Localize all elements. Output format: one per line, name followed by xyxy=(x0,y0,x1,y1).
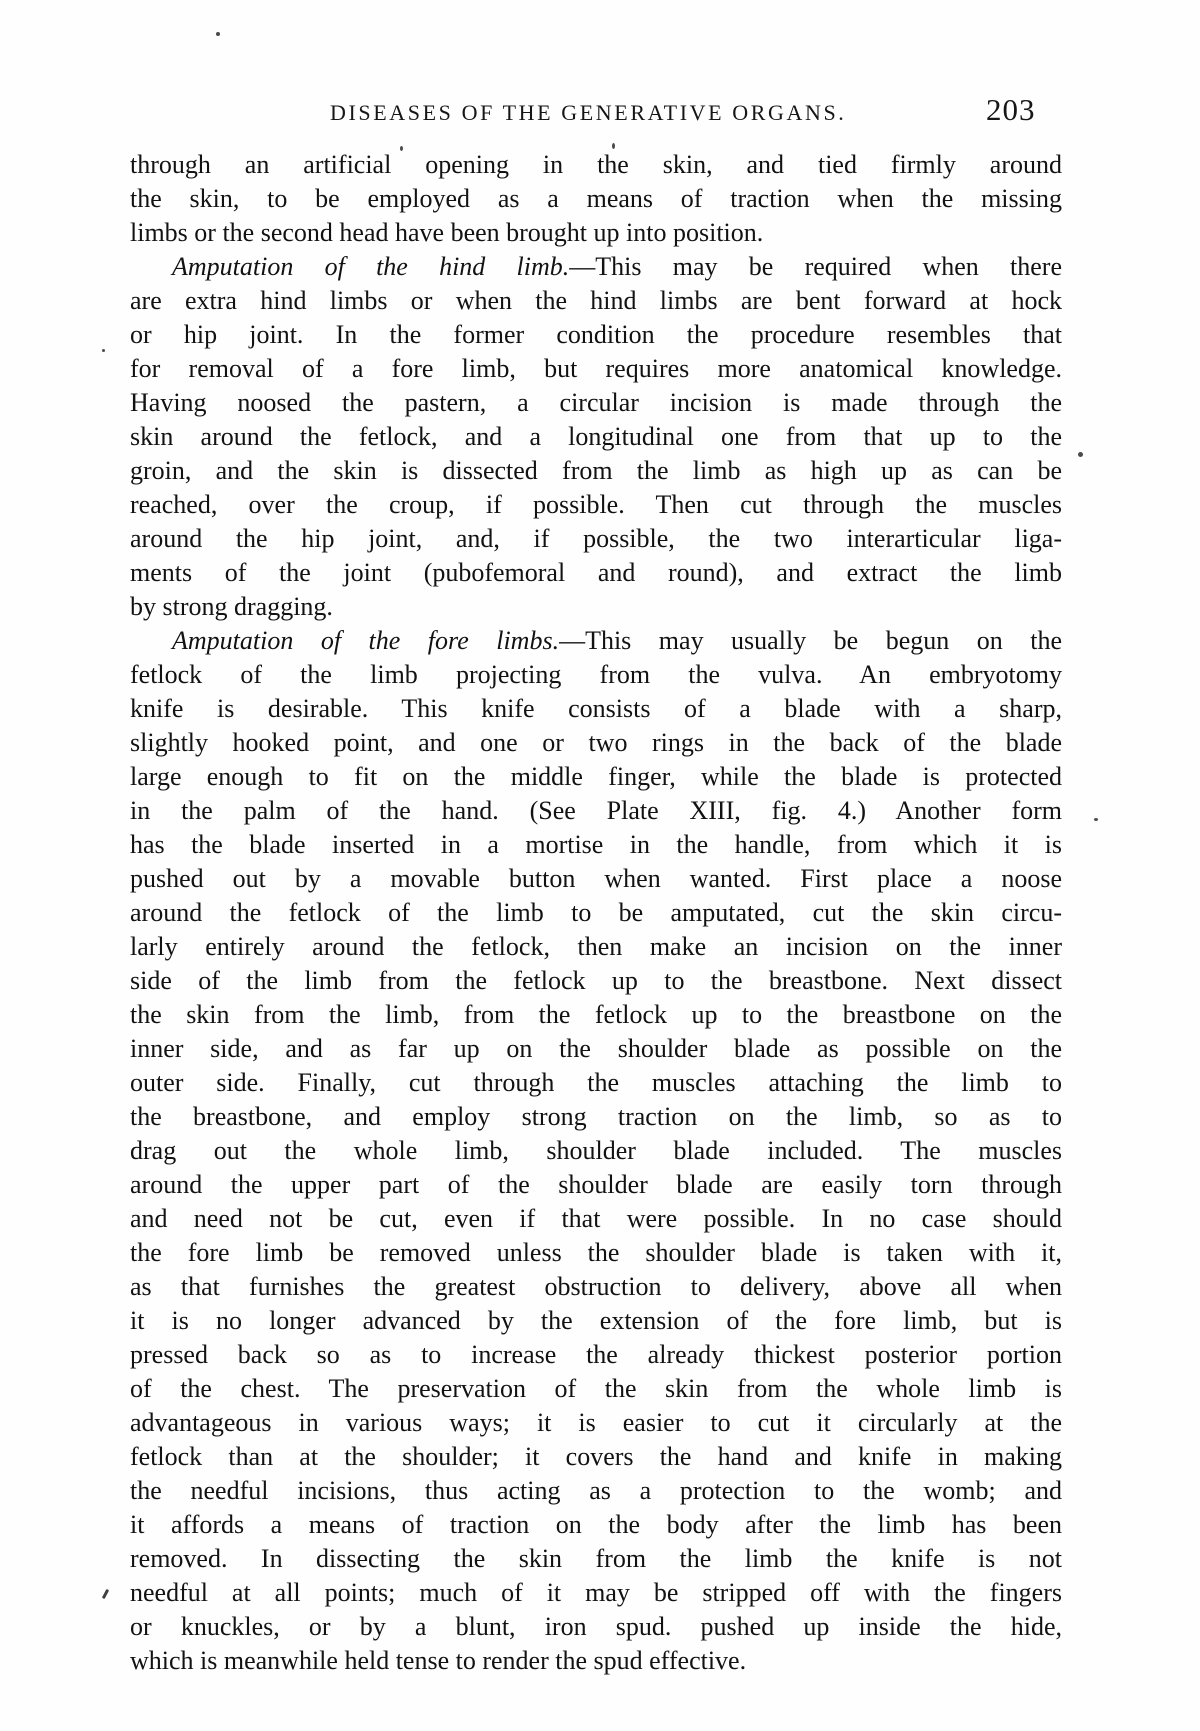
text-line: and need not be cut, even if that were p… xyxy=(130,1202,1062,1236)
text-line: as that furnishes the greatest obstructi… xyxy=(130,1270,1062,1304)
text-line: around the hip joint, and, if possible, … xyxy=(130,522,1062,556)
text-line: by strong dragging. xyxy=(130,590,1062,624)
text-line: it affords a means of traction on the bo… xyxy=(130,1508,1062,1542)
scan-speck xyxy=(102,349,105,352)
scanned-book-page: DISEASES OF THE GENERATIVE ORGANS. 203 t… xyxy=(0,0,1200,1731)
text-line: has the blade inserted in a mortise in t… xyxy=(130,828,1062,862)
text-line: the skin from the limb, from the fetlock… xyxy=(130,998,1062,1032)
text-line: advantageous in various ways; it is easi… xyxy=(130,1406,1062,1440)
text-line: Having noosed the pastern, a circular in… xyxy=(130,386,1062,420)
text-line: for removal of a fore limb, but requires… xyxy=(130,352,1062,386)
text-line: inner side, and as far up on the shoulde… xyxy=(130,1032,1062,1066)
text-line: limbs or the second head have been broug… xyxy=(130,216,1062,250)
text-line: fetlock than at the shoulder; it covers … xyxy=(130,1440,1062,1474)
text-line: around the fetlock of the limb to be amp… xyxy=(130,896,1062,930)
text-line: groin, and the skin is dissected from th… xyxy=(130,454,1062,488)
text-line: pressed back so as to increase the alrea… xyxy=(130,1338,1062,1372)
text-line: ments of the joint (pubofemoral and roun… xyxy=(130,556,1062,590)
text-line: Amputation of the fore limbs.—This may u… xyxy=(130,624,1062,658)
scan-speck xyxy=(400,146,403,151)
text-line: skin around the fetlock, and a longitudi… xyxy=(130,420,1062,454)
text-line: reached, over the croup, if possible. Th… xyxy=(130,488,1062,522)
text-line: Amputation of the hind limb.—This may be… xyxy=(130,250,1062,284)
scan-speck xyxy=(1078,452,1083,457)
text-line: needful at all points; much of it may be… xyxy=(130,1576,1062,1610)
text-line: pushed out by a movable button when want… xyxy=(130,862,1062,896)
text-line: of the chest. The preservation of the sk… xyxy=(130,1372,1062,1406)
italic-lead: Amputation of the hind limb. xyxy=(172,252,569,281)
text-line: the skin, to be employed as a means of t… xyxy=(130,182,1062,216)
text-line: the fore limb be removed unless the shou… xyxy=(130,1236,1062,1270)
text-line: knife is desirable. This knife consists … xyxy=(130,692,1062,726)
text-line: outer side. Finally, cut through the mus… xyxy=(130,1066,1062,1100)
text-line: around the upper part of the shoulder bl… xyxy=(130,1168,1062,1202)
text-line: fetlock of the limb projecting from the … xyxy=(130,658,1062,692)
text-line: through an artificial opening in the ski… xyxy=(130,148,1062,182)
scan-speck xyxy=(1094,818,1098,821)
body-text: through an artificial opening in the ski… xyxy=(130,148,1062,1678)
text-line: side of the limb from the fetlock up to … xyxy=(130,964,1062,998)
text-line: in the palm of the hand. (See Plate XIII… xyxy=(130,794,1062,828)
text-line: slightly hooked point, and one or two ri… xyxy=(130,726,1062,760)
text-line: or knuckles, or by a blunt, iron spud. p… xyxy=(130,1610,1062,1644)
italic-lead: Amputation of the fore limbs. xyxy=(172,626,559,655)
scan-speck xyxy=(612,143,615,149)
text-line: it is no longer advanced by the extensio… xyxy=(130,1304,1062,1338)
text-line: the needful incisions, thus acting as a … xyxy=(130,1474,1062,1508)
text-line: large enough to fit on the middle finger… xyxy=(130,760,1062,794)
running-header: DISEASES OF THE GENERATIVE ORGANS. xyxy=(330,100,846,126)
scan-speck xyxy=(216,32,220,36)
text-line: or hip joint. In the former condition th… xyxy=(130,318,1062,352)
text-line: drag out the whole limb, shoulder blade … xyxy=(130,1134,1062,1168)
scan-speck xyxy=(102,1589,109,1599)
text-line: the breastbone, and employ strong tracti… xyxy=(130,1100,1062,1134)
text-line: removed. In dissecting the skin from the… xyxy=(130,1542,1062,1576)
text-line: which is meanwhile held tense to render … xyxy=(130,1644,1062,1678)
text-line: larly entirely around the fetlock, then … xyxy=(130,930,1062,964)
page-number: 203 xyxy=(986,92,1036,128)
text-line: are extra hind limbs or when the hind li… xyxy=(130,284,1062,318)
